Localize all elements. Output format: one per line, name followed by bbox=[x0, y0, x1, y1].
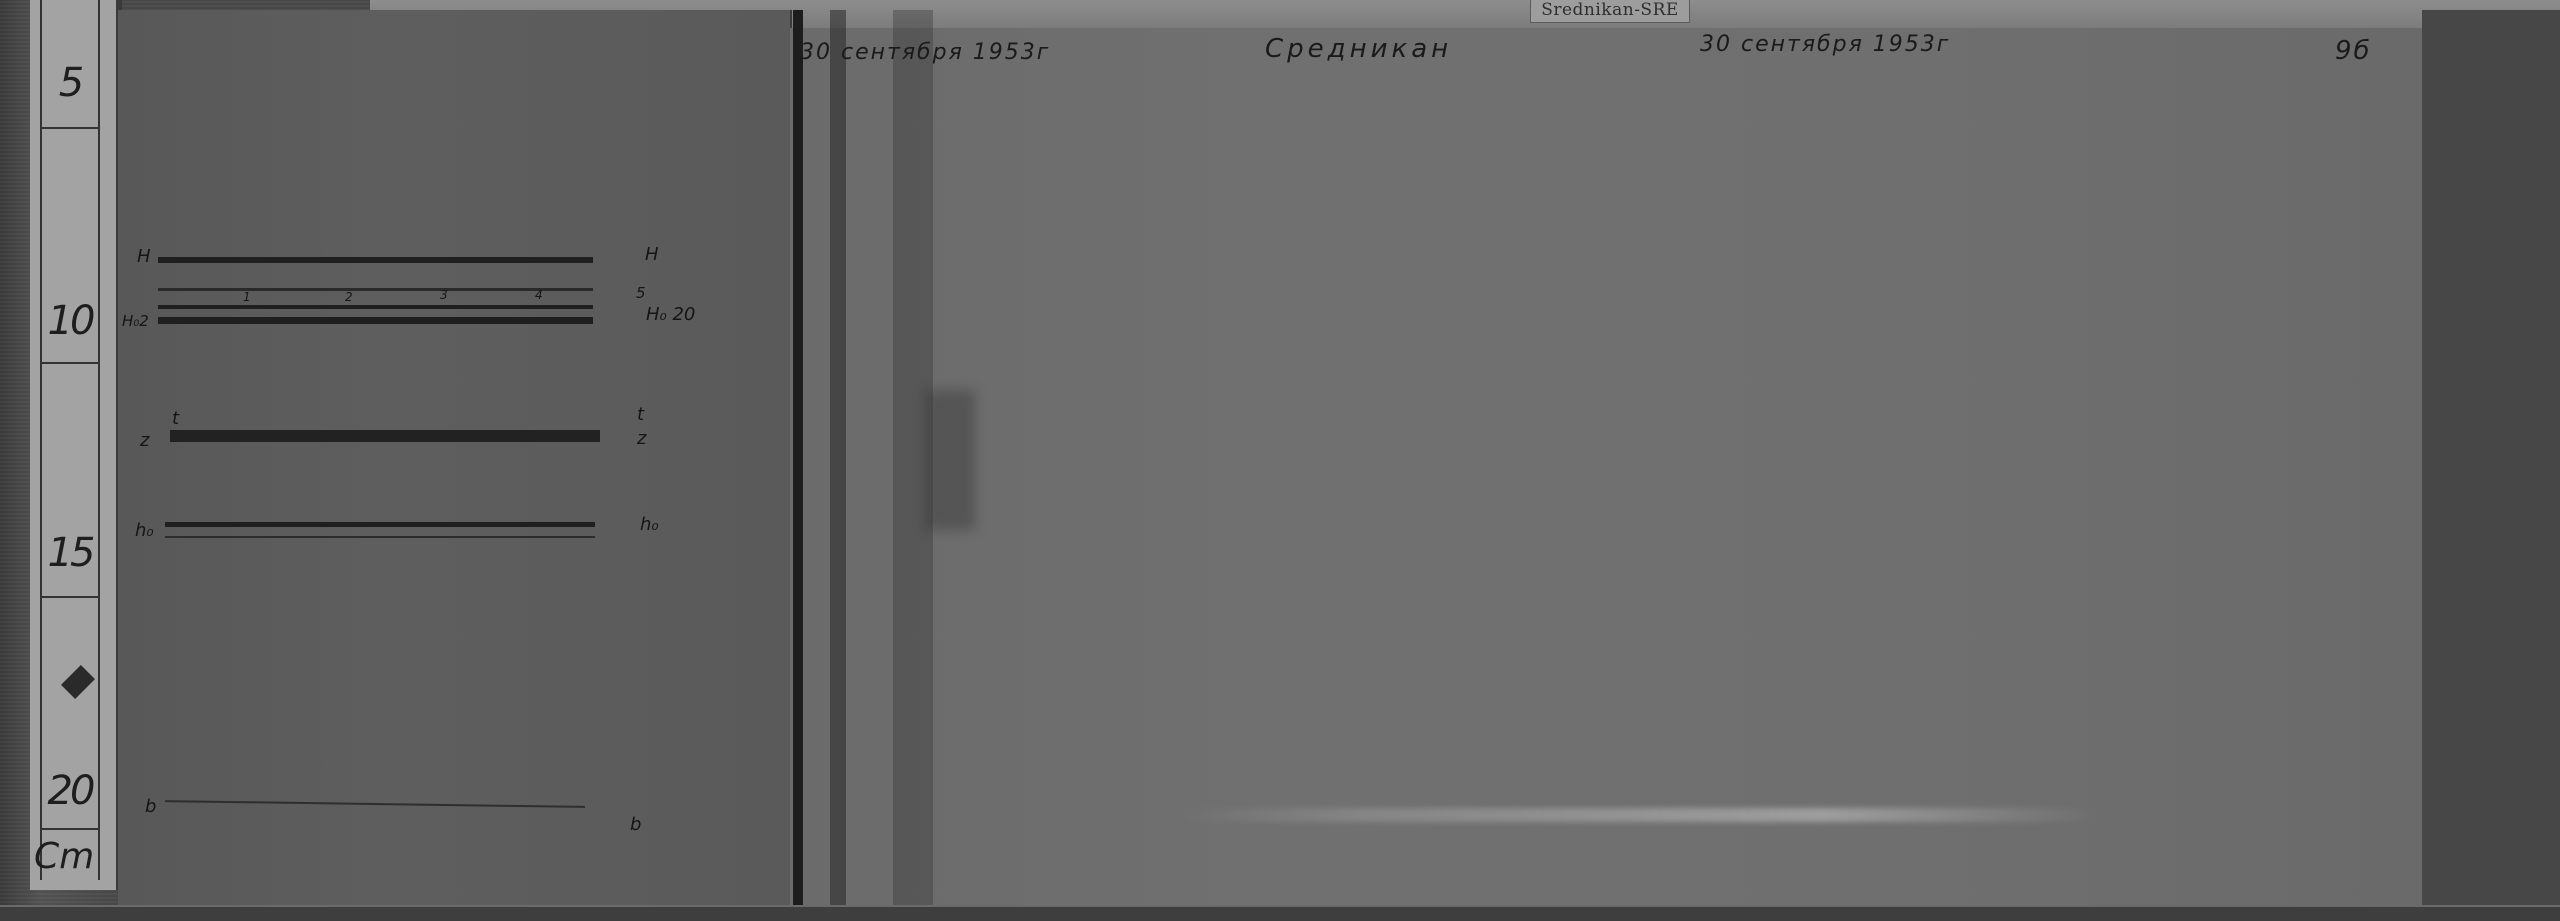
film-dark-patch bbox=[925, 390, 975, 530]
trace-label-right-b: b bbox=[630, 814, 641, 835]
trace-label-left-H: H bbox=[137, 246, 151, 267]
ruler-unit: Cm bbox=[34, 836, 94, 877]
trace-index-1: 1 bbox=[243, 290, 251, 304]
trace-t-z bbox=[170, 430, 600, 442]
date-annotation-right: 30 сентября 1953г bbox=[1700, 32, 1950, 57]
film-vertical-line bbox=[830, 10, 846, 905]
trace-label-right-H: H bbox=[645, 244, 659, 265]
trace-index-2: 2 bbox=[345, 290, 353, 304]
film-vertical-line bbox=[793, 10, 803, 905]
trace-label-left-b: b bbox=[145, 796, 156, 817]
sheet-number: 9б bbox=[2335, 36, 2372, 66]
station-label: Srednikan-SRE bbox=[1530, 0, 1690, 23]
film-light-smear bbox=[1180, 808, 2100, 822]
trace-label-right-5: 5 bbox=[636, 284, 646, 302]
ruler-tick bbox=[42, 127, 98, 129]
trace-label-right-z: z bbox=[637, 428, 646, 449]
ruler-label-10: 10 bbox=[42, 298, 98, 344]
ruler-tick bbox=[42, 362, 98, 364]
trace-index-4: 4 bbox=[535, 288, 543, 302]
bottom-edge bbox=[0, 905, 2560, 921]
date-annotation-left: 30 сентября 1953г bbox=[800, 40, 1050, 65]
ruler-frame: 5 10 15 20 bbox=[40, 0, 100, 880]
scale-ruler: 5 10 15 20 Cm bbox=[30, 0, 122, 890]
trace-h0-lower bbox=[165, 536, 595, 538]
ruler-label-20: 20 bbox=[42, 768, 98, 814]
trace-secondary bbox=[158, 305, 593, 309]
trace-H bbox=[158, 257, 593, 263]
ruler-tick bbox=[42, 596, 98, 598]
trace-label-left-H02: H₀2 bbox=[122, 312, 149, 330]
trace-label-left-t: t bbox=[172, 408, 179, 429]
trace-label-left-z: z bbox=[140, 430, 149, 451]
trace-5 bbox=[158, 288, 593, 291]
ionogram-film-left bbox=[118, 10, 792, 905]
ruler-label-15: 15 bbox=[42, 530, 98, 576]
trace-H02 bbox=[158, 317, 593, 324]
ionogram-film-main bbox=[790, 28, 2422, 908]
film-edge-right bbox=[2422, 10, 2560, 910]
trace-label-right-H020: H₀ 20 bbox=[646, 304, 695, 325]
trace-label-right-h0: h₀ bbox=[640, 514, 659, 535]
trace-h0 bbox=[165, 522, 595, 527]
ruler-tick bbox=[42, 828, 98, 830]
trace-label-right-t: t bbox=[637, 404, 644, 425]
station-handwritten: Средникан bbox=[1265, 34, 1452, 64]
trace-index-3: 3 bbox=[440, 288, 448, 302]
trace-label-left-h0: h₀ bbox=[135, 520, 154, 541]
ruler-label-5: 5 bbox=[42, 60, 98, 106]
